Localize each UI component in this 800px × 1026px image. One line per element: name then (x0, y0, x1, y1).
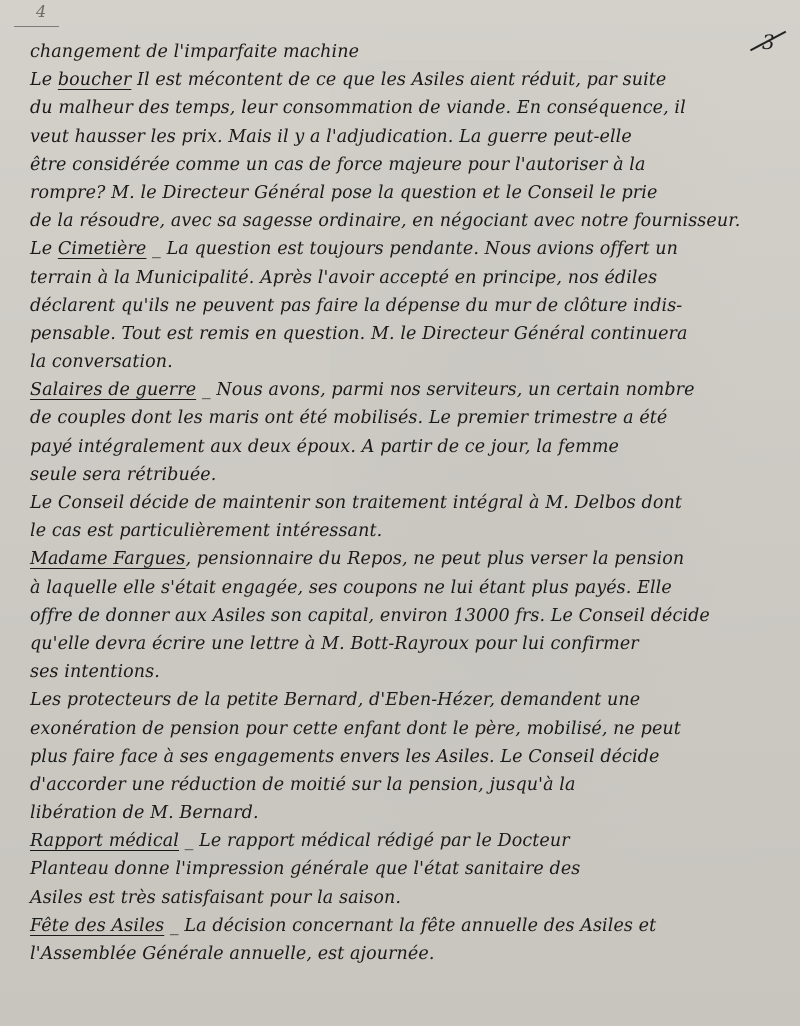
line-text: de la résoudre, avec sa sagesse ordinair… (30, 211, 740, 231)
line-text: libération de M. Bernard. (30, 803, 259, 823)
line-prefix: Le (30, 239, 58, 259)
line-text: déclarent qu'ils ne peuvent pas faire la… (30, 296, 682, 316)
text-line: terrain à la Municipalité. Après l'avoir… (30, 264, 800, 292)
line-text: de couples dont les maris ont été mobili… (30, 408, 667, 428)
text-line: offre de donner aux Asiles son capital, … (30, 602, 800, 630)
text-line: être considérée comme un cas de force ma… (30, 151, 800, 179)
text-line: de couples dont les maris ont été mobili… (30, 404, 800, 432)
line-text: payé intégralement aux deux époux. A par… (30, 437, 619, 457)
line-text: _ La décision concernant la fête annuell… (164, 916, 656, 936)
section-heading: Fête des Asiles (30, 916, 164, 936)
line-text: Asiles est très satisfaisant pour la sai… (30, 888, 401, 908)
manuscript-page: 4 3 changement de l'imparfaite machineLe… (0, 0, 800, 1026)
line-prefix: Le (30, 70, 58, 90)
line-text: d'accorder une réduction de moitié sur l… (30, 775, 576, 795)
text-line: Les protecteurs de la petite Bernard, d'… (30, 686, 800, 714)
section-heading: Cimetière (58, 239, 147, 259)
text-line: du malheur des temps, leur consommation … (30, 94, 800, 122)
line-text: plus faire face à ses engagements envers… (30, 747, 659, 767)
text-line: seule sera rétribuée. (30, 461, 800, 489)
line-text: Les protecteurs de la petite Bernard, d'… (30, 690, 640, 710)
text-line: exonération de pension pour cette enfant… (30, 715, 800, 743)
text-line: pensable. Tout est remis en question. M.… (30, 320, 800, 348)
text-line: payé intégralement aux deux époux. A par… (30, 433, 800, 461)
text-line: veut hausser les prix. Mais il y a l'adj… (30, 123, 800, 151)
line-text: ses intentions. (30, 662, 160, 682)
line-text: Planteau donne l'impression générale que… (30, 859, 580, 879)
text-line: libération de M. Bernard. (30, 799, 800, 827)
text-line: plus faire face à ses engagements envers… (30, 743, 800, 771)
line-text: veut hausser les prix. Mais il y a l'adj… (30, 127, 632, 147)
text-line: rompre? M. le Directeur Général pose la … (30, 179, 800, 207)
line-text: exonération de pension pour cette enfant… (30, 719, 681, 739)
text-line: Le Conseil décide de maintenir son trait… (30, 489, 800, 517)
line-text: changement de l'imparfaite machine (30, 42, 359, 62)
text-line: le cas est particulièrement intéressant. (30, 517, 800, 545)
text-line: Madame Fargues, pensionnaire du Repos, n… (30, 545, 800, 573)
line-text: qu'elle devra écrire une lettre à M. Bot… (30, 634, 639, 654)
line-text: seule sera rétribuée. (30, 465, 216, 485)
section-heading: Rapport médical (30, 831, 179, 851)
text-line: d'accorder une réduction de moitié sur l… (30, 771, 800, 799)
line-text: terrain à la Municipalité. Après l'avoir… (30, 268, 657, 288)
line-text: offre de donner aux Asiles son capital, … (30, 606, 710, 626)
text-line: Fête des Asiles _ La décision concernant… (30, 912, 800, 940)
line-text: du malheur des temps, leur consommation … (30, 98, 686, 118)
line-text: _ La question est toujours pendante. Nou… (146, 239, 678, 259)
text-line: changement de l'imparfaite machine (30, 38, 800, 66)
line-text: , pensionnaire du Repos, ne peut plus ve… (185, 549, 684, 569)
text-line: Planteau donne l'impression générale que… (30, 855, 800, 883)
section-heading: boucher (58, 70, 132, 90)
text-line: Salaires de guerre _ Nous avons, parmi n… (30, 376, 800, 404)
corner-mark-number: 4 (36, 2, 46, 21)
text-line: de la résoudre, avec sa sagesse ordinair… (30, 207, 800, 235)
section-heading: Salaires de guerre (30, 380, 196, 400)
text-line: Le Cimetière _ La question est toujours … (30, 235, 800, 263)
line-text: rompre? M. le Directeur Général pose la … (30, 183, 657, 203)
corner-mark: 4 (14, 0, 59, 27)
line-text: pensable. Tout est remis en question. M.… (30, 324, 688, 344)
line-text: _ Le rapport médical rédigé par le Docte… (179, 831, 570, 851)
text-line: Le boucher Il est mécontent de ce que le… (30, 66, 800, 94)
text-line: la conversation. (30, 348, 800, 376)
text-line: déclarent qu'ils ne peuvent pas faire la… (30, 292, 800, 320)
line-text: le cas est particulièrement intéressant. (30, 521, 382, 541)
text-line: à laquelle elle s'était engagée, ses cou… (30, 574, 800, 602)
line-text: Le Conseil décide de maintenir son trait… (30, 493, 682, 513)
text-line: Asiles est très satisfaisant pour la sai… (30, 884, 800, 912)
line-text: la conversation. (30, 352, 173, 372)
text-line: qu'elle devra écrire une lettre à M. Bot… (30, 630, 800, 658)
section-heading: Madame Fargues (30, 549, 185, 569)
line-text: l'Assemblée Générale annuelle, est ajour… (30, 944, 435, 964)
line-text: à laquelle elle s'était engagée, ses cou… (30, 578, 672, 598)
line-text: être considérée comme un cas de force ma… (30, 155, 646, 175)
text-line: ses intentions. (30, 658, 800, 686)
handwritten-text-body: changement de l'imparfaite machineLe bou… (30, 38, 800, 968)
line-text: Il est mécontent de ce que les Asiles ai… (131, 70, 666, 90)
text-line: Rapport médical _ Le rapport médical réd… (30, 827, 800, 855)
line-text: _ Nous avons, parmi nos serviteurs, un c… (196, 380, 694, 400)
text-line: l'Assemblée Générale annuelle, est ajour… (30, 940, 800, 968)
